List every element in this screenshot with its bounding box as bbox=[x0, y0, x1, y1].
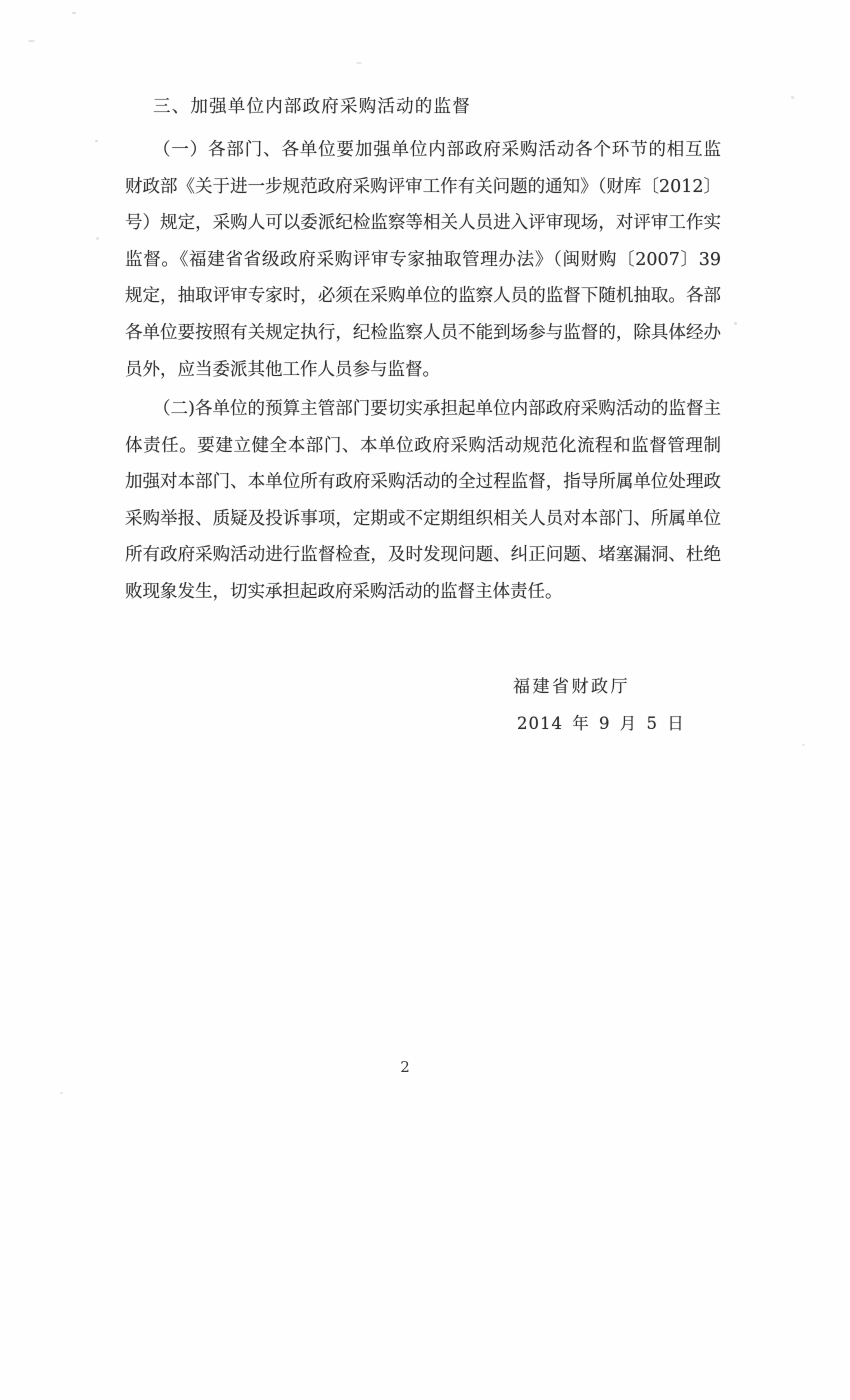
paragraph-1: （一）各部门、各单位要加强单位内部政府采购活动各个环节的相互监督。 财政部《关于… bbox=[125, 132, 721, 388]
scanned-document-page: 三、加强单位内部政府采购活动的监督 （一）各部门、各单位要加强单位内部政府采购活… bbox=[0, 0, 850, 1400]
scan-speck bbox=[60, 1092, 63, 1094]
scan-speck bbox=[791, 96, 794, 99]
scan-speck bbox=[95, 140, 98, 142]
signature-organization: 福建省财政厅 bbox=[513, 672, 630, 697]
text-line: 财政部《关于进一步规范政府采购评审工作有关问题的通知》（财库〔2012〕69 bbox=[125, 169, 721, 206]
text-line: 监督。《福建省省级政府采购评审专家抽取管理办法》（闽财购〔2007〕39 号） bbox=[125, 242, 721, 279]
text-line: 败现象发生，切实承担起政府采购活动的监督主体责任。 bbox=[125, 574, 721, 611]
text-line: 员外，应当委派其他工作人员参与监督。 bbox=[125, 352, 721, 389]
text-line: 号）规定，采购人可以委派纪检监察等相关人员进入评审现场，对评审工作实施 bbox=[125, 205, 721, 242]
text-line: （一）各部门、各单位要加强单位内部政府采购活动各个环节的相互监督。 bbox=[125, 132, 721, 169]
scan-speck bbox=[96, 237, 99, 240]
scan-speck bbox=[356, 62, 362, 64]
signature-date: 2014 年 9 月 5 日 bbox=[517, 710, 685, 734]
paragraph-2: （二)各单位的预算主管部门要切实承担起单位内部政府采购活动的监督主 体责任。要建… bbox=[125, 391, 721, 611]
scan-speck bbox=[802, 744, 805, 746]
text-line: 采购举报、质疑及投诉事项，定期或不定期组织相关人员对本部门、所属单位的 bbox=[125, 501, 721, 538]
text-line: 所有政府采购活动进行监督检查，及时发现问题、纠正问题、堵塞漏洞、杜绝腐 bbox=[125, 537, 721, 574]
text-line: 加强对本部门、本单位所有政府采购活动的全过程监督，指导所属单位处理政府 bbox=[125, 464, 721, 501]
text-line: （二)各单位的预算主管部门要切实承担起单位内部政府采购活动的监督主 bbox=[125, 391, 721, 428]
text-line: 体责任。要建立健全本部门、本单位政府采购活动规范化流程和监督管理制度， bbox=[125, 428, 721, 465]
text-line: 各单位要按照有关规定执行，纪检监察人员不能到场参与监督的，除具体经办人 bbox=[125, 315, 721, 352]
scan-speck bbox=[734, 322, 737, 325]
section-heading: 三、加强单位内部政府采购活动的监督 bbox=[125, 89, 721, 126]
scan-speck bbox=[72, 12, 76, 14]
text-line: 规定，抽取评审专家时，必须在采购单位的监察人员的监督下随机抽取。各部门、 bbox=[125, 278, 721, 315]
scan-speck bbox=[28, 40, 35, 42]
page-number: 2 bbox=[125, 1058, 685, 1076]
